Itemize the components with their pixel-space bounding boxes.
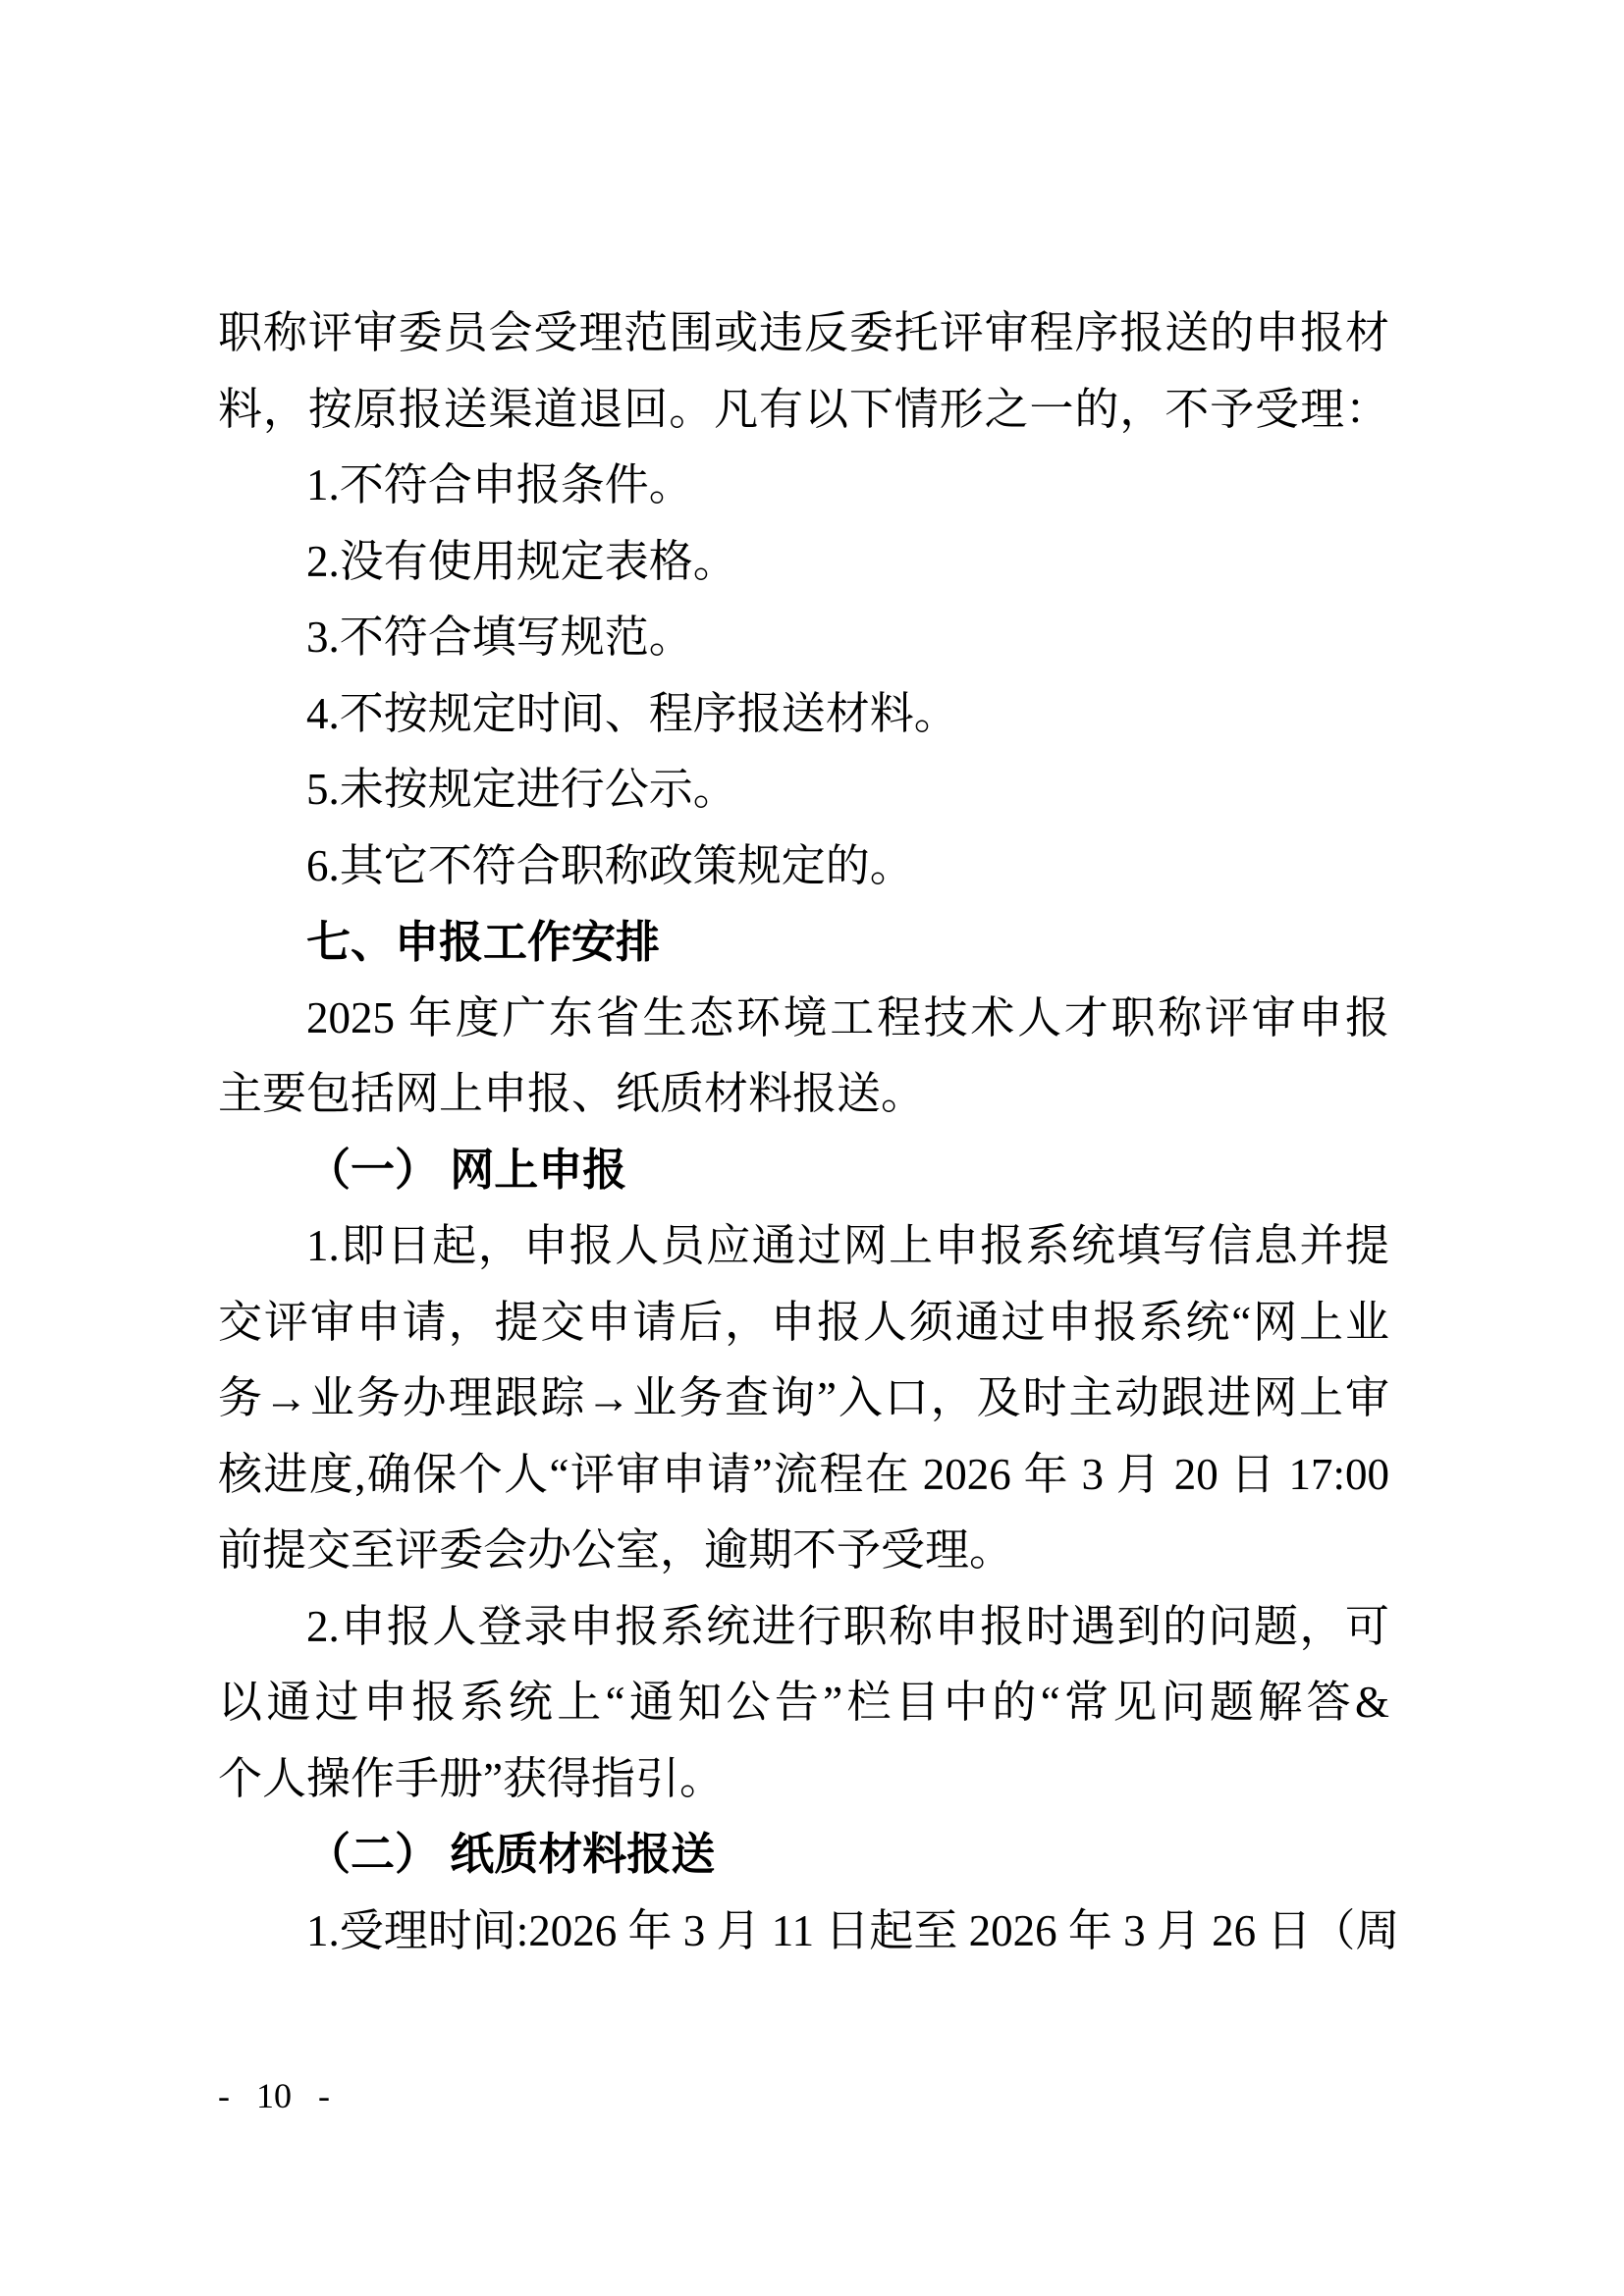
paragraph-line: 前提交至评委会办公室，逾期不予受理。: [218, 1513, 1389, 1589]
paragraph-line: 2.申报人登录申报系统进行职称申报时遇到的问题，可: [218, 1589, 1389, 1666]
list-item: 1.不符合申报条件。: [218, 448, 1389, 524]
paragraph-line: 核进度,确保个人“评审申请”流程在 2026 年 3 月 20 日 17:00: [218, 1437, 1389, 1514]
list-item: 6.其它不符合职称政策规定的。: [218, 828, 1389, 905]
paragraph-line: 主要包括网上申报、纸质材料报送。: [218, 1056, 1389, 1133]
paragraph-line: 职称评审委员会受理范围或违反委托评审程序报送的申报材: [218, 295, 1389, 372]
subsection-heading: （一） 网上申报: [218, 1133, 1389, 1209]
paragraph-line: 以通过申报系统上“通知公告”栏目中的“常见问题解答&: [218, 1665, 1389, 1741]
paragraph-line: 料，按原报送渠道退回。凡有以下情形之一的，不予受理：: [218, 372, 1389, 449]
paragraph-line: 个人操作手册”获得指引。: [218, 1741, 1389, 1818]
list-item: 3.不符合填写规范。: [218, 600, 1389, 676]
document-page: 职称评审委员会受理范围或违反委托评审程序报送的申报材 料，按原报送渠道退回。凡有…: [0, 0, 1624, 2296]
page-number: - 10 -: [218, 2073, 330, 2118]
paragraph-line: 1.即日起，申报人员应通过网上申报系统填写信息并提: [218, 1208, 1389, 1285]
list-item: 4.不按规定时间、程序报送材料。: [218, 676, 1389, 753]
paragraph-line: 务→业务办理跟踪→业务查询”入口，及时主动跟进网上审: [218, 1361, 1389, 1437]
list-item: 2.没有使用规定表格。: [218, 524, 1389, 601]
section-heading: 七、申报工作安排: [218, 904, 1389, 981]
paragraph-line: 2025 年度广东省生态环境工程技术人才职称评审申报: [218, 981, 1389, 1057]
list-item: 5.未按规定进行公示。: [218, 752, 1389, 828]
paragraph-line: 交评审申请，提交申请后，申报人须通过申报系统“网上业: [218, 1285, 1389, 1362]
subsection-heading: （二） 纸质材料报送: [218, 1817, 1389, 1894]
document-body: 职称评审委员会受理范围或违反委托评审程序报送的申报材 料，按原报送渠道退回。凡有…: [218, 295, 1389, 1969]
paragraph-line: 1.受理时间:2026 年 3 月 11 日起至 2026 年 3 月 26 日…: [218, 1894, 1389, 1970]
